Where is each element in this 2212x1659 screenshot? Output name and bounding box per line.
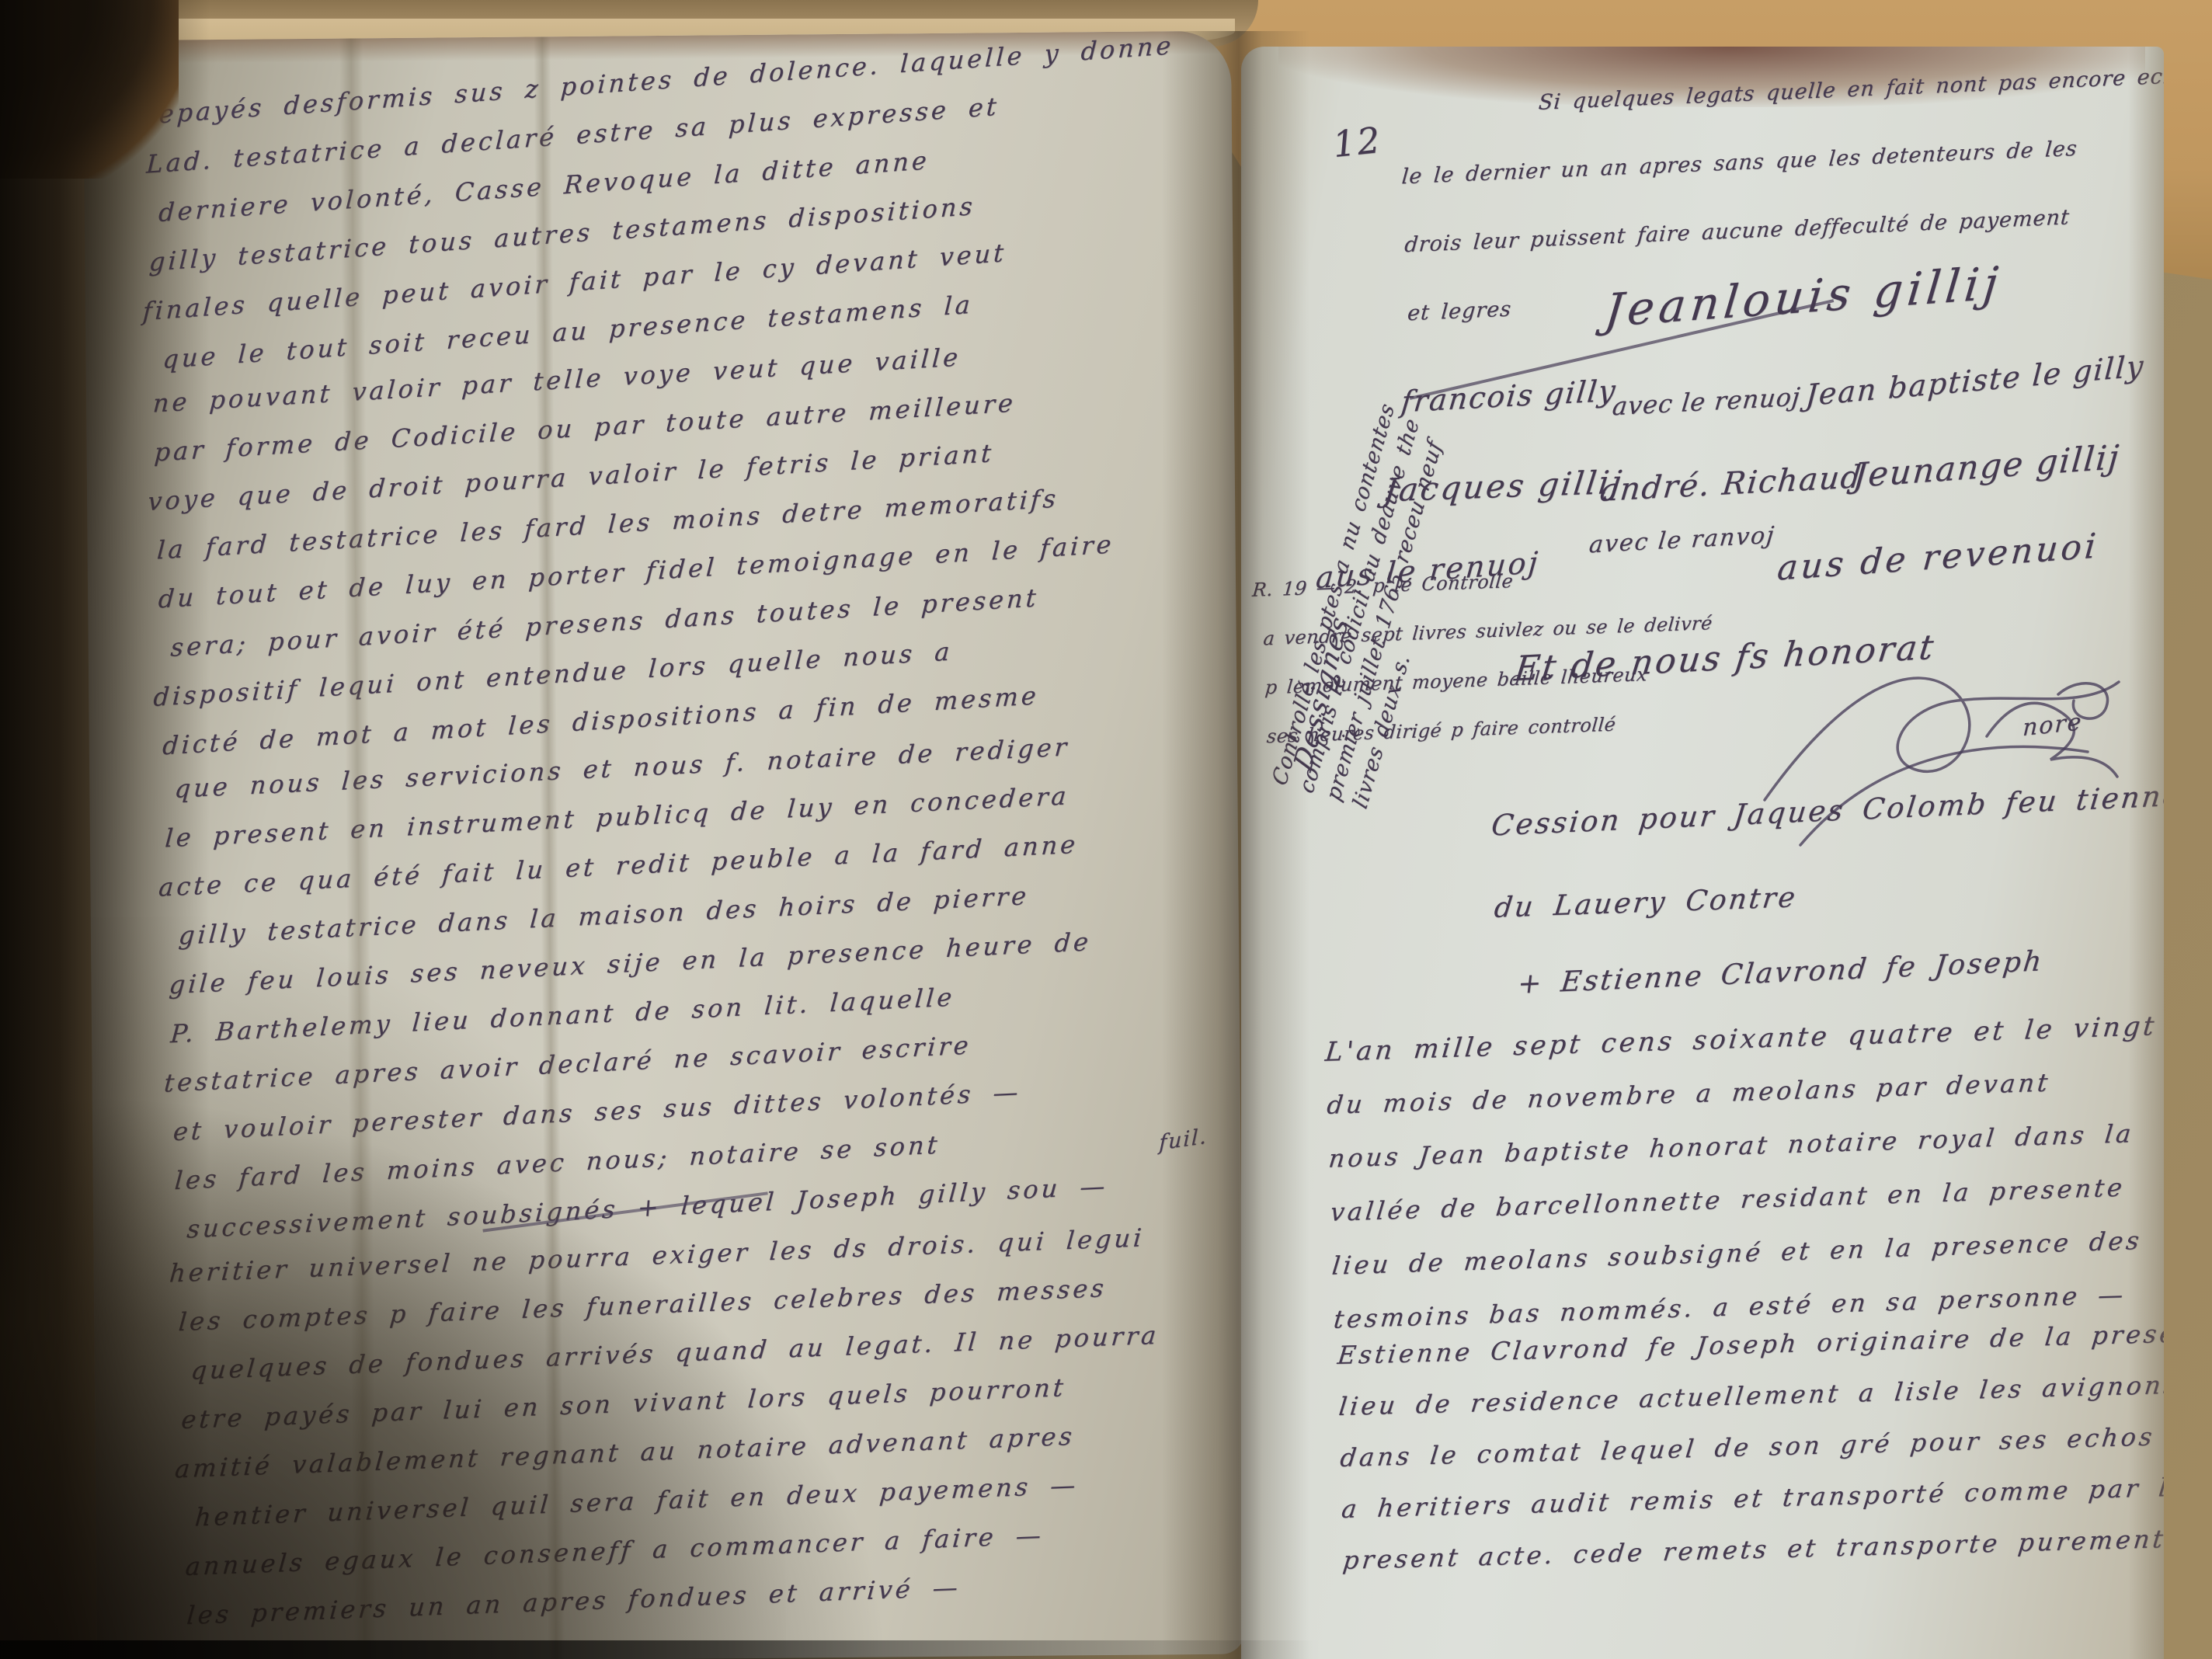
signature-andre-richaud: andré. Richaud <box>1598 459 1864 509</box>
notary-paraph-flourish <box>1754 637 2142 870</box>
photograph-open-manuscript-book: Repayés desformis sus z pointes de dolen… <box>0 0 2212 1659</box>
left-page: Repayés desformis sus z pointes de dolen… <box>83 31 1245 1659</box>
registration-note-block: R. 19 — 2. p le Controllea vendre sept l… <box>1250 564 1692 774</box>
act-title-line-3: + Estienne Clavrond fe Joseph <box>1516 945 2045 1000</box>
act-opening-paragraph: L'an mille sept cens soixante quatre et … <box>1323 1010 2164 1358</box>
signature-jean-ange-gilly: Jeunange gillij <box>1852 438 2121 496</box>
book-cover-right-edge <box>2158 0 2212 1659</box>
manuscript-line: les premiers un an apres fondues et arri… <box>184 1563 1229 1650</box>
shadow-top-left-corner <box>0 0 179 179</box>
renvoi-mention: aus de revenuoi <box>1776 526 2100 588</box>
renvoi-mention: avec le renuoj <box>1611 382 1802 422</box>
signature-jacques-gilly: Jacques gillij <box>1382 464 1626 510</box>
signature-jean-baptiste-gilly: Jean baptiste le gilly <box>1804 349 2145 413</box>
act-title-line-2: du Lauery Contre <box>1493 882 1800 924</box>
left-page-text-block: Repayés desformis sus z pointes de dolen… <box>143 50 1227 1659</box>
ink-stroke <box>482 1191 767 1232</box>
act-body-paragraph: Estienne Clavrond fe Joseph originaire d… <box>1336 1319 2164 1597</box>
renvoi-mention: avec le ranvoj <box>1588 522 1776 559</box>
right-page: 12 Controllé les ptes a nu contentescomp… <box>1241 47 2164 1659</box>
signature-francois-gilly: francois gilly <box>1400 374 1619 419</box>
